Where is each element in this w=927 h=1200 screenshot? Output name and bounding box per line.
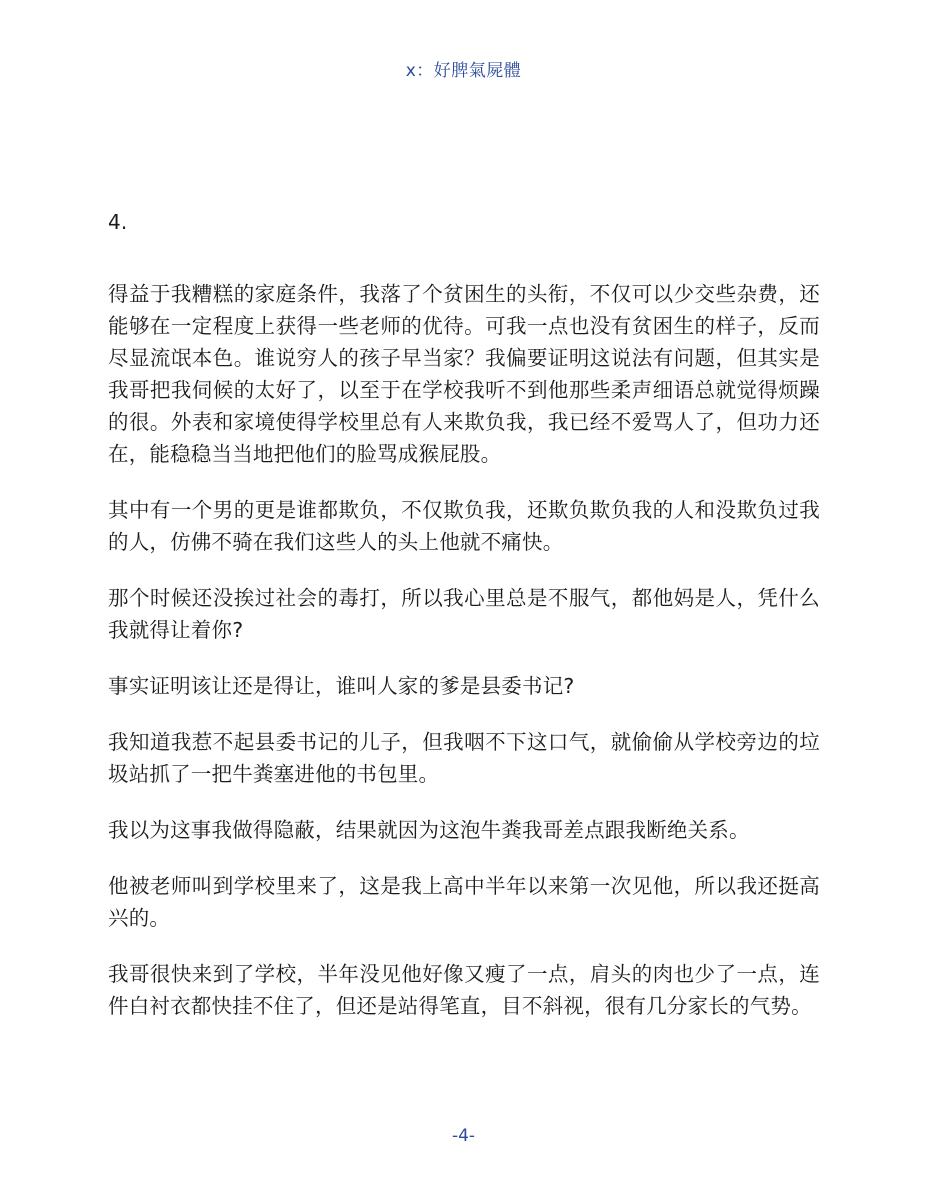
paragraph: 他被老师叫到学校里来了，这是我上高中半年以来第一次见他，所以我还挺高兴的。: [108, 870, 820, 934]
paragraph: 得益于我糟糕的家庭条件，我落了个贫困生的头衔，不仅可以少交些杂费，还能够在一定程…: [108, 278, 820, 470]
page-footer: -4-: [0, 1126, 927, 1146]
document-body: 4. 得益于我糟糕的家庭条件，我落了个贫困生的头衔，不仅可以少交些杂费，还能够在…: [108, 206, 820, 1046]
paragraph: 那个时候还没挨过社会的毒打，所以我心里总是不服气，都他妈是人，凭什么我就得让着你…: [108, 582, 820, 646]
paragraph: 事实证明该让还是得让，谁叫人家的爹是县委书记?: [108, 670, 820, 702]
paragraph: 其中有一个男的更是谁都欺负，不仅欺负我，还欺负欺负我的人和没欺负过我的人，仿佛不…: [108, 494, 820, 558]
paragraph: 我知道我惹不起县委书记的儿子，但我咽不下这口气，就偷偷从学校旁边的垃圾站抓了一把…: [108, 726, 820, 790]
chapter-number: 4.: [108, 206, 820, 238]
header-title: x：好脾氣屍體: [406, 61, 522, 81]
paragraph: 我以为这事我做得隐蔽，结果就因为这泡牛粪我哥差点跟我断绝关系。: [108, 814, 820, 846]
paragraph: 我哥很快来到了学校，半年没见他好像又瘦了一点，肩头的肉也少了一点，连件白衬衣都快…: [108, 958, 820, 1022]
page-header: x：好脾氣屍體: [0, 56, 927, 81]
page-number: -4-: [452, 1126, 475, 1146]
